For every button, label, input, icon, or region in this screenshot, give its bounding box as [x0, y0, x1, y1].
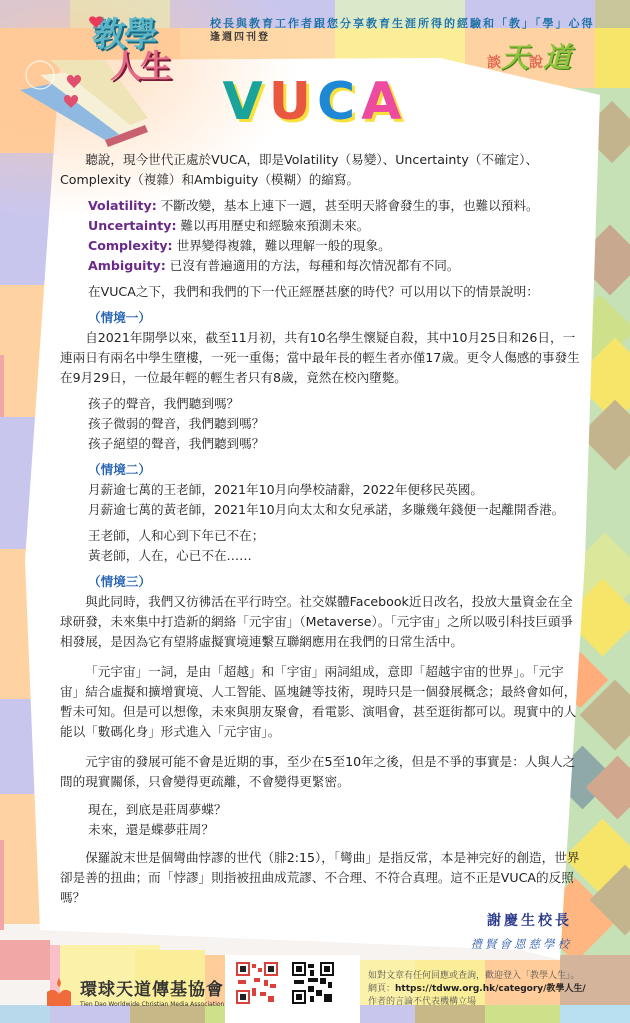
organization-logo: 環球天道傳基協會 Tien Dao Worldwide Christian Me… — [44, 975, 224, 1008]
title-letter-a: A — [361, 72, 407, 132]
qr-code-black-icon[interactable] — [292, 962, 334, 1004]
scene-3-body-2: 「元宇宙」一詞，是由「超越」和「宇宙」兩詞組成，意即「超越宇宙的世界」。「元宇宙… — [60, 662, 580, 742]
scene-2-lines-b: 王老師，人和心到下年已不在； 黃老師，人在，心已不在…… — [60, 526, 580, 566]
definition-uncertainty: Uncertainty: 難以再用歷史和經驗來預測未來。 — [88, 216, 580, 236]
title-letter-c: C — [317, 72, 361, 132]
definition-complexity: Complexity: 世界變得複雜，難以理解一般的現象。 — [88, 236, 580, 256]
scene-3-body-1: 與此同時，我們又彷彿活在平行時空。社交媒體Facebook近日改名，投放大量資金… — [60, 592, 580, 652]
author-signature: 謝慶生校長 禮賢會恩慈學校 — [471, 910, 573, 952]
scene-3-heading: （情境三） — [60, 572, 580, 592]
intro-paragraph: 聽說，現今世代正處於VUCA，即是Volatility（易變）、Uncertai… — [60, 150, 580, 190]
footer-note: 如對文章有任何回應或查詢，歡迎登入「教學人生」。 網頁：https://tdww… — [368, 970, 586, 1009]
question-paragraph: 在VUCA之下，我們和我們的下一代正經歷甚麼的時代？可以用以下的情景說明： — [60, 282, 580, 302]
candle-flame-icon — [44, 978, 74, 1006]
title-letter-v: V — [223, 72, 269, 132]
definition-ambiguity: Ambiguity: 已沒有普遍適用的方法，每種和每次情況都有不同。 — [88, 256, 580, 276]
scene-3-body-3: 元宇宙的發展可能不會是近期的事，至少在5至10年之後，但是不爭的事實是：人與人之… — [60, 752, 580, 792]
organization-name: 環球天道傳基協會 — [80, 975, 224, 1000]
author-name: 謝慶生校長 — [471, 910, 573, 930]
definitions-list: Volatility: 不斷改變，基本上連下一週，甚至明天將會發生的事，也難以預… — [60, 196, 580, 276]
scene-1-body: 自2021年開學以來，截至11月初，共有10名學生懷疑自殺，其中10月25日和2… — [60, 328, 580, 388]
title-letter-u: U — [269, 72, 317, 132]
qr-code-red-icon[interactable] — [236, 962, 278, 1004]
publication-frequency: 逢週四刊登 — [210, 28, 270, 43]
organization-name-en: Tien Dao Worldwide Christian Media Assoc… — [80, 1001, 224, 1008]
page-title: VUCA — [0, 72, 630, 132]
heart-icon — [88, 14, 104, 30]
article-body: 聽說，現今世代正處於VUCA，即是Volatility（易變）、Uncertai… — [60, 150, 580, 914]
website-link[interactable]: https://tdww.org.hk/category/教學人生/ — [395, 984, 586, 994]
scene-1-lines: 孩子的聲音，我們聽到嗎？ 孩子微弱的聲音，我們聽到嗎？ 孩子絕望的聲音，我們聽到… — [60, 394, 580, 454]
scene-1-heading: （情境一） — [60, 308, 580, 328]
brand-logo-tan-tian-shuo-dao: 談天說道 — [487, 36, 587, 76]
author-school: 禮賢會恩慈學校 — [471, 936, 573, 952]
definition-volatility: Volatility: 不斷改變，基本上連下一週，甚至明天將會發生的事，也難以預… — [88, 196, 580, 216]
scene-3-lines: 現在，到底是莊周夢蝶？ 未來，還是蝶夢莊周？ — [60, 800, 580, 840]
scene-2-heading: （情境二） — [60, 460, 580, 480]
scene-2-lines-a: 月薪逾七萬的王老師，2021年10月向學校請辭，2022年便移民英國。 月薪逾七… — [60, 480, 580, 520]
closing-paragraph: 保羅說末世是個彎曲悖謬的世代（腓2:15），「彎曲」是指反常，本是神完好的創造，… — [60, 848, 580, 908]
